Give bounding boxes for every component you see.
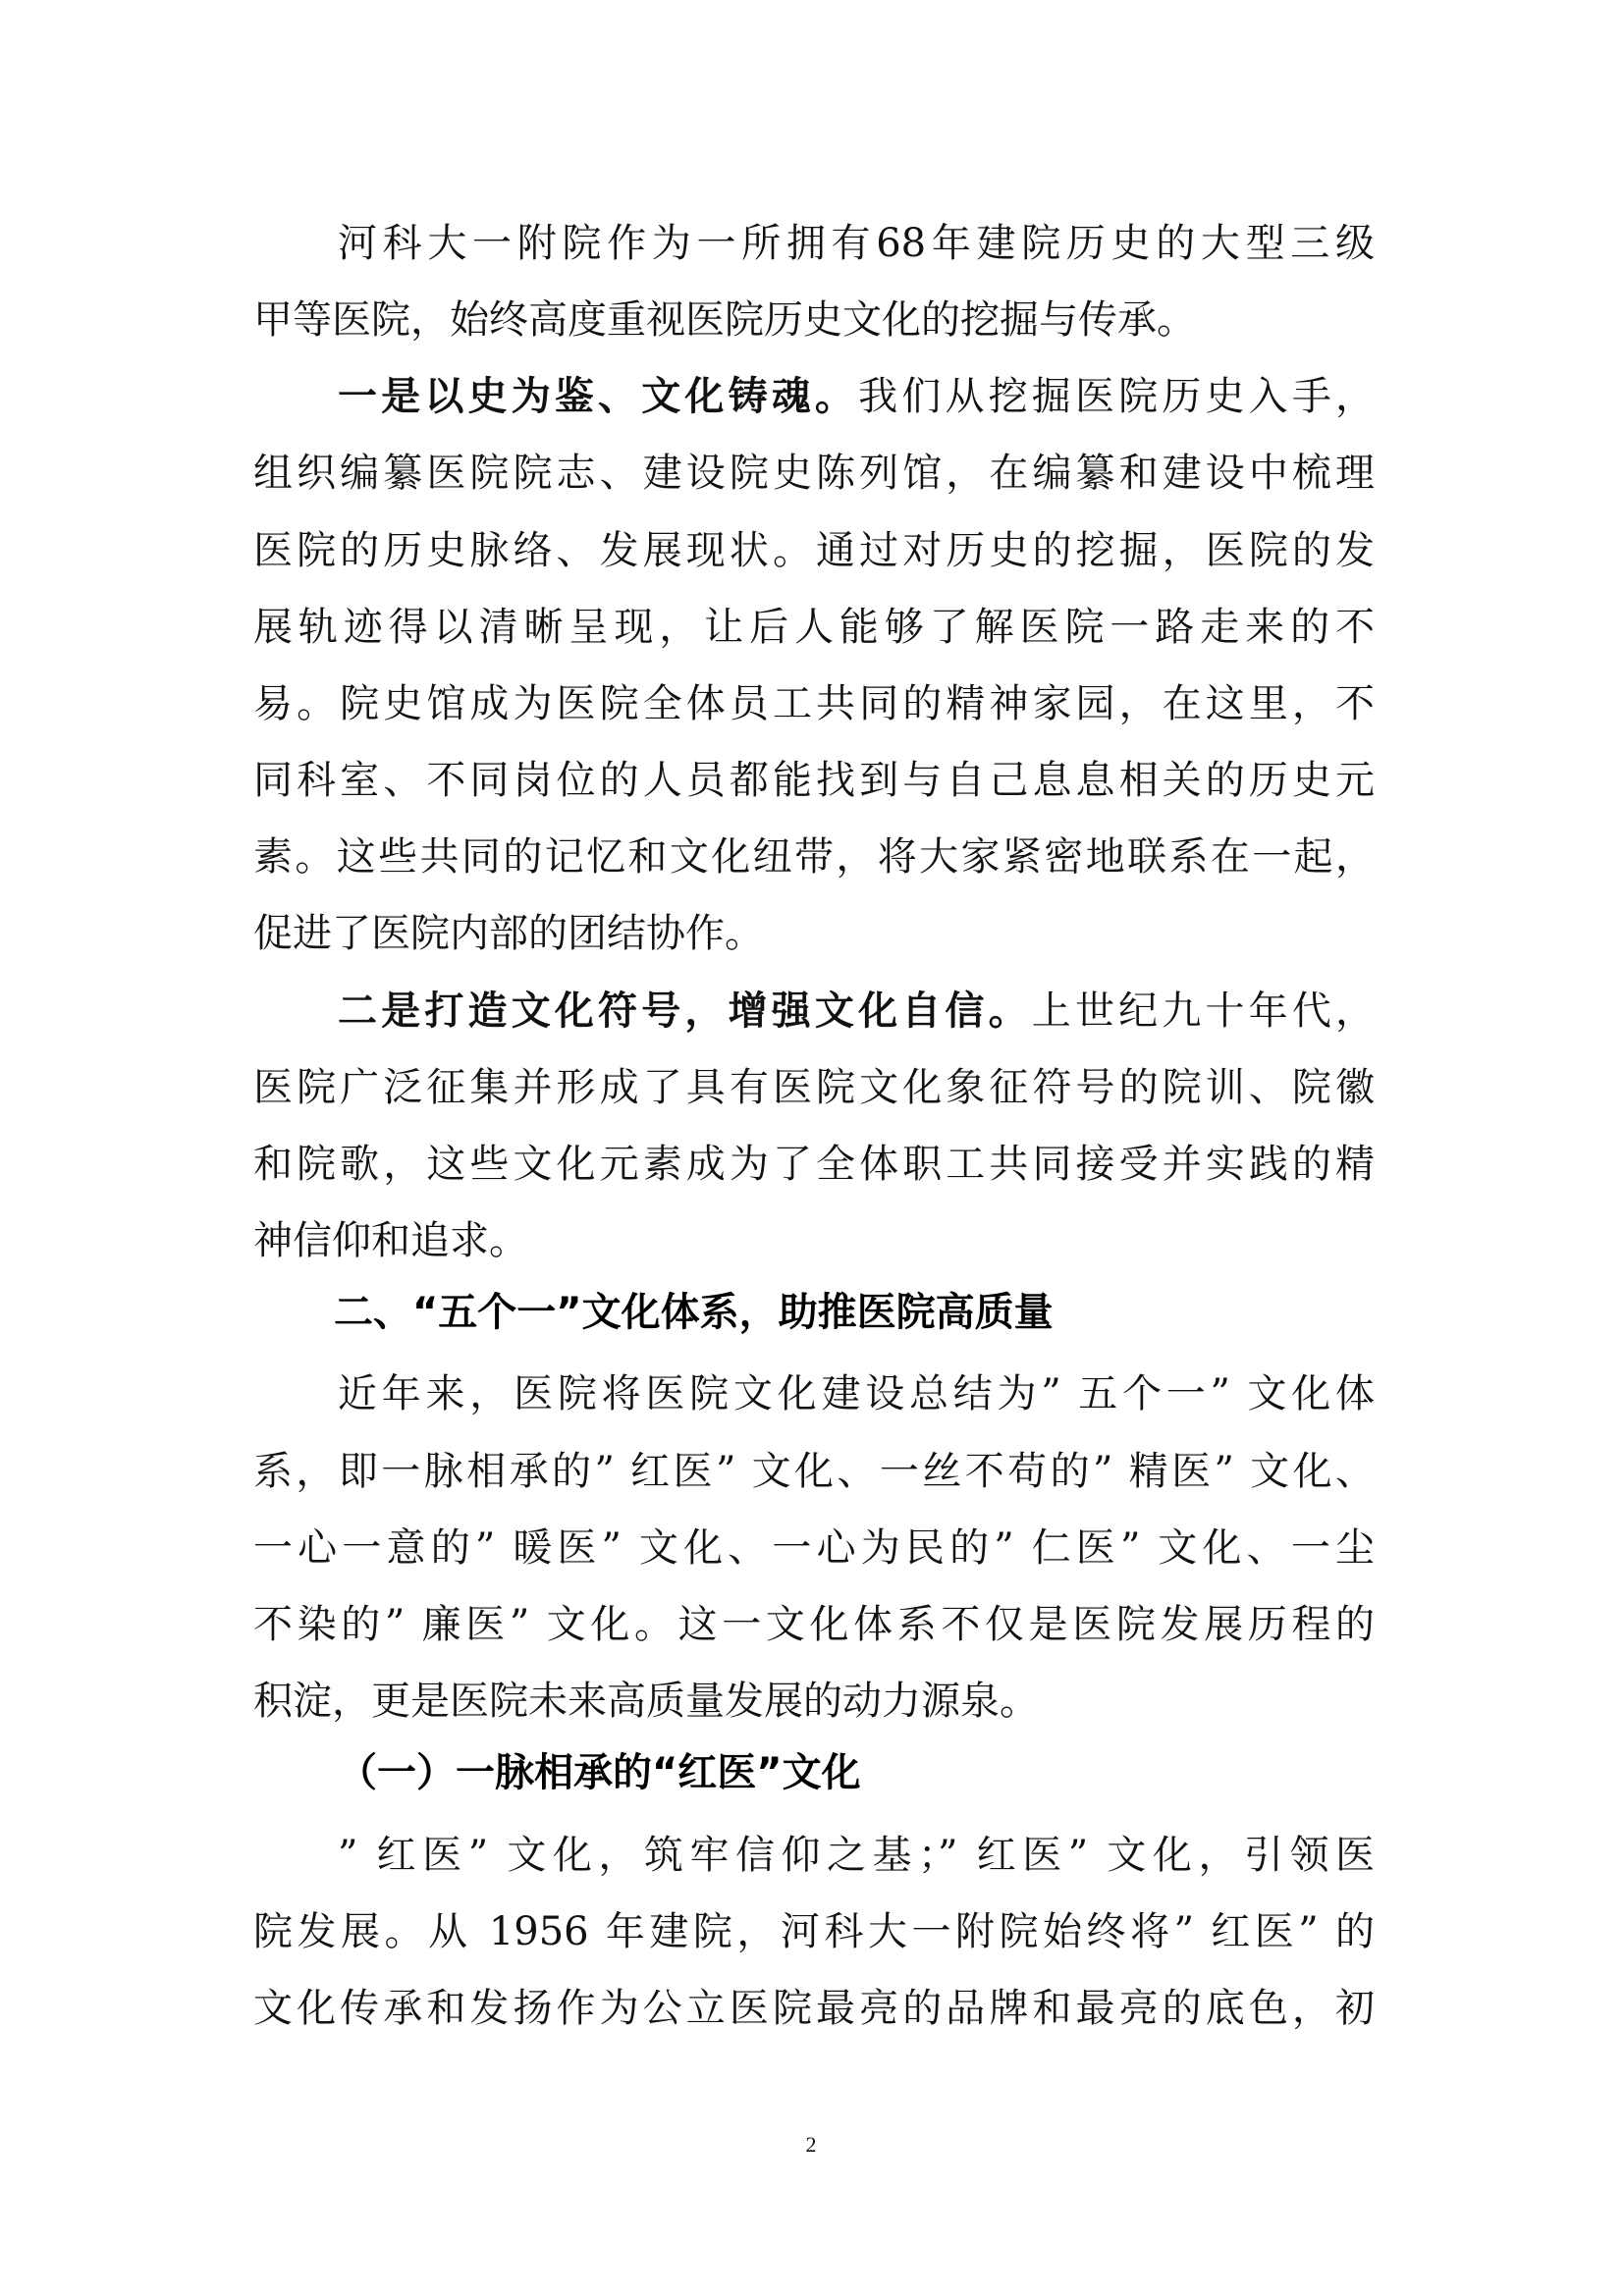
paragraph-line: 一是以史为鉴、文化铸魂。我们从挖掘医院历史入手， <box>338 367 1375 426</box>
lead-in-rest: 我们从挖掘医院历史入手， <box>858 374 1375 419</box>
paragraph-line: 医院广泛征集并形成了具有医院文化象征符号的院训、院徽 <box>253 1058 1375 1117</box>
paragraph-line: 不染的” 廉医” 文化。这一文化体系不仅是医院发展历程的 <box>253 1595 1375 1654</box>
paragraph-line: 展轨迹得以清晰呈现，让后人能够了解医院一路走来的不 <box>253 598 1375 657</box>
subsection-heading: （一）一脉相承的“红医”文化 <box>338 1743 861 1802</box>
paragraph-line: 二是打造文化符号，增强文化自信。上世纪九十年代， <box>338 982 1375 1041</box>
paragraph-line: 院发展。从 1956 年建院，河科大一附院始终将” 红医” 的 <box>253 1902 1375 1961</box>
paragraph-line: 素。这些共同的记忆和文化纽带，将大家紧密地联系在一起， <box>253 828 1375 886</box>
section-heading: 二、“五个一”文化体系，助推医院高质量 <box>334 1283 1054 1342</box>
paragraph-line: 组织编纂医院院志、建设院史陈列馆，在编纂和建设中梳理 <box>253 444 1375 503</box>
paragraph-line: 易。院史馆成为医院全体员工共同的精神家园，在这里，不 <box>253 674 1375 733</box>
paragraph-line: 促进了医院内部的团结协作。 <box>253 904 1375 963</box>
paragraph-line: 积淀，更是医院未来高质量发展的动力源泉。 <box>253 1672 1375 1731</box>
lead-in-bold: 一是以史为鉴、文化铸魂。 <box>338 374 858 419</box>
paragraph-line: 河科大一附院作为一所拥有68年建院历史的大型三级 <box>338 214 1375 273</box>
lead-in-rest: 上世纪九十年代， <box>1032 988 1375 1034</box>
paragraph-line: 系，即一脉相承的” 红医” 文化、一丝不苟的” 精医” 文化、 <box>253 1442 1375 1501</box>
page-number: 2 <box>801 2132 821 2158</box>
document-page: 河科大一附院作为一所拥有68年建院历史的大型三级 甲等医院，始终高度重视医院历史… <box>0 0 1624 2296</box>
paragraph-line: 医院的历史脉络、发展现状。通过对历史的挖掘，医院的发 <box>253 521 1375 580</box>
paragraph-line: 神信仰和追求。 <box>253 1211 1375 1270</box>
paragraph-line: 甲等医院，始终高度重视医院历史文化的挖掘与传承。 <box>253 291 1375 349</box>
paragraph-line: ” 红医” 文化，筑牢信仰之基；” 红医” 文化，引领医 <box>338 1826 1375 1885</box>
paragraph-line: 和院歌，这些文化元素成为了全体职工共同接受并实践的精 <box>253 1135 1375 1194</box>
paragraph-line: 近年来，医院将医院文化建设总结为” 五个一” 文化体 <box>338 1364 1375 1423</box>
paragraph-line: 同科室、不同岗位的人员都能找到与自己息息相关的历史元 <box>253 751 1375 810</box>
paragraph-line: 一心一意的” 暖医” 文化、一心为民的” 仁医” 文化、一尘 <box>253 1519 1375 1577</box>
lead-in-bold: 二是打造文化符号，增强文化自信。 <box>338 988 1032 1034</box>
paragraph-line: 文化传承和发扬作为公立医院最亮的品牌和最亮的底色，初 <box>253 1979 1375 2038</box>
